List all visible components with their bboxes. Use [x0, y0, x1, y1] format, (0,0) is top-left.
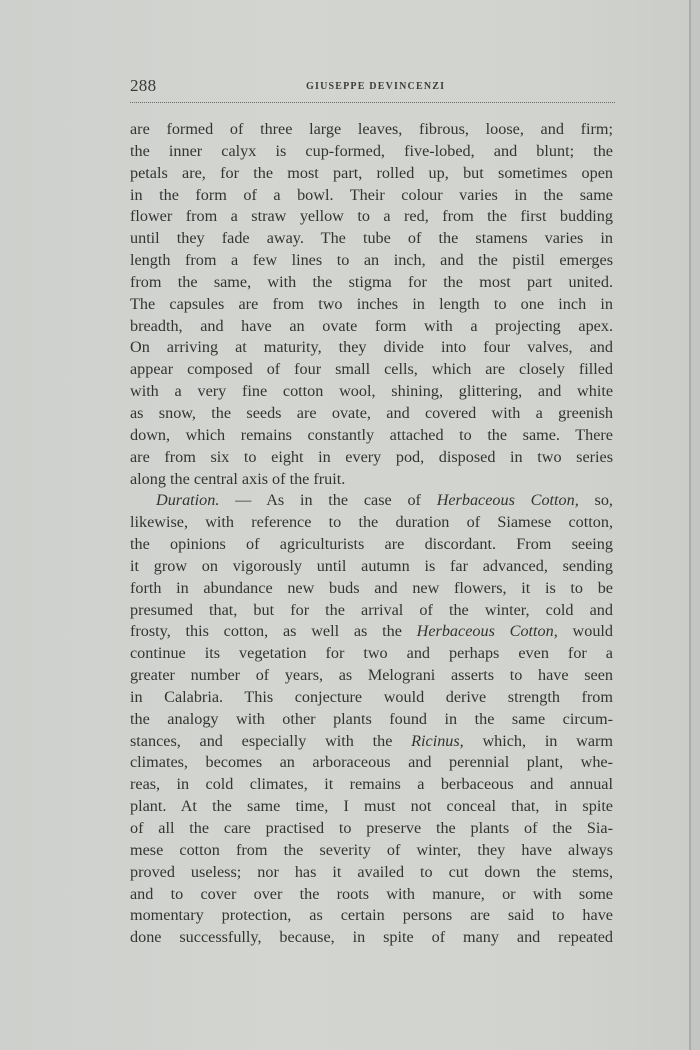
text-line: frosty, this cotton, as well as the Herb…	[130, 621, 613, 643]
text-line: climates, becomes an arboraceous and per…	[130, 752, 613, 774]
text-line: with a very fine cotton wool, shining, g…	[130, 381, 613, 403]
text-line: in Calabria. This conjecture would deriv…	[130, 687, 613, 709]
text-line: forth in abundance new buds and new flow…	[130, 578, 613, 600]
header-rule	[130, 102, 615, 103]
text-line: length from a few lines to an inch, and …	[130, 250, 613, 272]
text-line: of all the care practised to preserve th…	[130, 818, 613, 840]
text-line: done successfully, because, in spite of …	[130, 927, 613, 949]
text-line: stances, and especially with the Ricinus…	[130, 731, 613, 753]
text-line: down, which remains constantly attached …	[130, 425, 613, 447]
text-line: are from six to eight in every pod, disp…	[130, 447, 613, 469]
text-line: presumed that, but for the arrival of th…	[130, 600, 613, 622]
text-line: flower from a straw yellow to a red, fro…	[130, 206, 613, 228]
text-line: until they fade away. The tube of the st…	[130, 228, 613, 250]
text-line: momentary protection, as certain persons…	[130, 905, 613, 927]
text-line: continue its vegetation for two and perh…	[130, 643, 613, 665]
italic-term: Ricinus,	[411, 732, 464, 750]
text-line: from the same, with the stigma for the m…	[130, 272, 613, 294]
text-line: mese cotton from the severity of winter,…	[130, 840, 613, 862]
text-line: the opinions of agriculturists are disco…	[130, 534, 613, 556]
text-line: in the form of a bowl. Their colour vari…	[130, 185, 613, 207]
text-line: appear composed of four small cells, whi…	[130, 359, 613, 381]
italic-term: Herbaceous Cotton,	[417, 622, 558, 640]
text-line: greater number of years, as Melograni as…	[130, 665, 613, 687]
text-line: proved useless; nor has it availed to cu…	[130, 862, 613, 884]
text-line: along the central axis of the fruit.	[130, 469, 613, 491]
text-line: as snow, the seeds are ovate, and covere…	[130, 403, 613, 425]
under-page-margin	[691, 0, 700, 1050]
text-line: breadth, and have an ovate form with a p…	[130, 316, 613, 338]
section-heading-duration: Duration.	[156, 491, 219, 509]
page-number: 288	[130, 76, 156, 96]
text-line: likewise, with reference to the duration…	[130, 512, 613, 534]
text-line: the inner calyx is cup-formed, five-lobe…	[130, 141, 613, 163]
duration-heading-line: Duration. — As in the case of Herbaceous…	[130, 490, 613, 512]
running-head: 288 GIUSEPPE DEVINCENZI	[130, 74, 612, 104]
text-line: plant. At the same time, I must not conc…	[130, 796, 613, 818]
text-line: are formed of three large leaves, fibrou…	[130, 119, 613, 141]
text-line: the analogy with other plants found in t…	[130, 709, 613, 731]
text-line: The capsules are from two inches in leng…	[130, 294, 613, 316]
italic-term: Herbaceous Cotton,	[437, 491, 579, 509]
running-title: GIUSEPPE DEVINCENZI	[306, 81, 445, 92]
text-line: On arriving at maturity, they divide int…	[130, 337, 613, 359]
text-line: and to cover over the roots with manure,…	[130, 884, 613, 906]
text-line: it grow on vigorously until autumn is fa…	[130, 556, 613, 578]
text-line: petals are, for the most part, rolled up…	[130, 163, 613, 185]
body-text: are formed of three large leaves, fibrou…	[130, 119, 613, 949]
text-line: reas, in cold climates, it remains a ber…	[130, 774, 613, 796]
